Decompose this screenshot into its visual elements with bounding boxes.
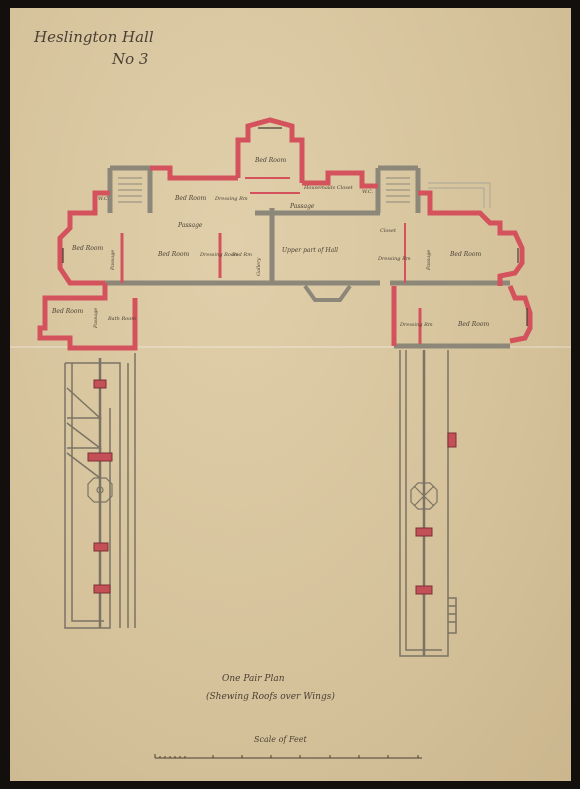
label-wc-left: W.C. bbox=[98, 196, 110, 202]
drawing-sheet: Heslington Hall No 3 bbox=[10, 8, 571, 781]
label-bed-room-right-upper: Bed Room bbox=[449, 251, 481, 258]
label-upper-part-of-hall: Upper part of Hall bbox=[282, 247, 338, 254]
label-bed-room-upper-left: Bed Room bbox=[174, 195, 206, 202]
caption-plan-name: One Pair Plan bbox=[222, 674, 285, 684]
label-passage-right-vertical: Passage bbox=[426, 250, 432, 271]
label-bed-room-top: Bed Room bbox=[254, 157, 286, 164]
label-bath-room: Bath Room bbox=[107, 316, 136, 322]
label-bed-room-center-left: Bed Room bbox=[157, 251, 189, 258]
floor-plan: Bed Room Housemaids Closet W.C. W.C. Bed… bbox=[10, 8, 571, 781]
label-passage-top: Passage bbox=[289, 203, 315, 210]
label-wc-right: W.C. bbox=[362, 189, 374, 195]
caption-plan-subtitle: (Shewing Roofs over Wings) bbox=[206, 692, 335, 702]
label-dressing-room-right: Dressing Rm bbox=[377, 256, 411, 262]
label-gallery: Gallery bbox=[256, 257, 262, 276]
label-dressing-room-upper: Dressing Rm bbox=[214, 196, 248, 202]
label-passage-far-left: Passage bbox=[93, 308, 99, 329]
label-bed-room-small: Bed Rm bbox=[231, 252, 252, 258]
scale-label: Scale of Feet bbox=[254, 735, 307, 744]
label-bed-room-left: Bed Room bbox=[71, 245, 103, 252]
label-closet: Closet bbox=[380, 228, 397, 234]
label-passage-upper: Passage bbox=[177, 222, 203, 229]
label-bed-room-lower-right: Bed Room bbox=[457, 321, 489, 328]
label-bed-room-far-left: Bed Room bbox=[51, 308, 83, 315]
label-passage-left-vertical: Passage bbox=[110, 250, 116, 271]
label-dressing-room-lower-right: Dressing Rm bbox=[399, 322, 433, 328]
label-housemaids-closet: Housemaids Closet bbox=[303, 185, 354, 191]
